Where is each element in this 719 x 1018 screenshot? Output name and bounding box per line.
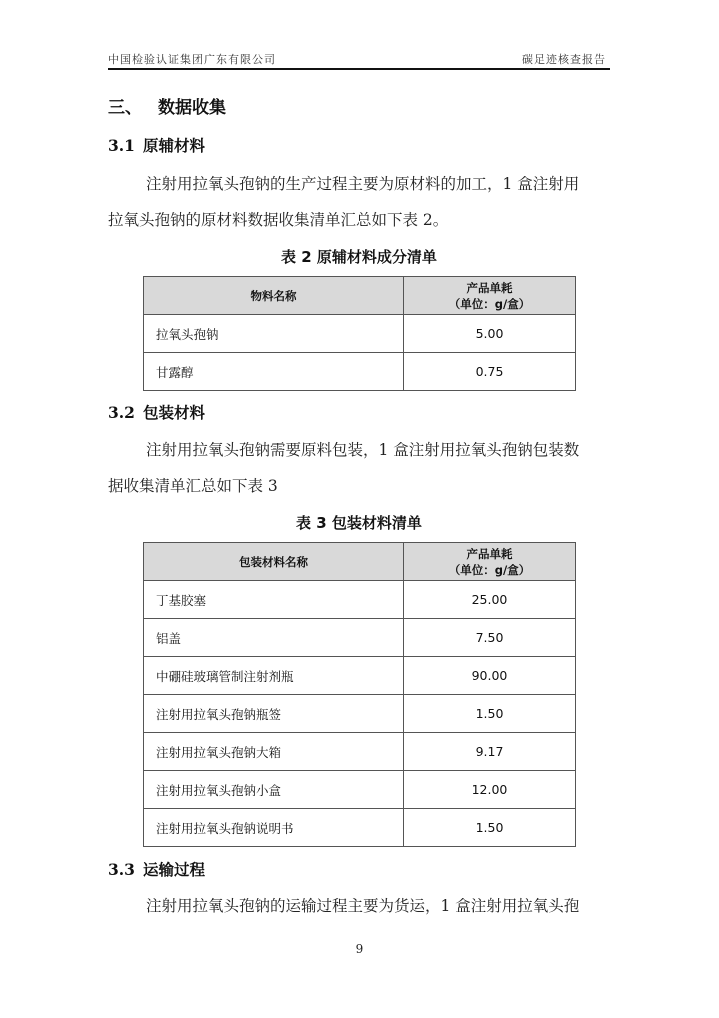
page-header: 中国检验认证集团广东有限公司 碳足迹核查报告	[108, 50, 610, 68]
paragraph-line: 拉氧头孢钠的原材料数据收集清单汇总如下表 2。	[108, 202, 610, 238]
paragraph-line: 注射用拉氧头孢钠的运输过程主要为货运，1 盒注射用拉氧头孢	[108, 888, 610, 924]
subsection-heading-3-2: 3.2包装材料	[108, 401, 205, 423]
column-header-unit-consumption: 产品单耗 （单位：g/盒）	[404, 543, 576, 581]
cell-value: 0.75	[404, 353, 576, 391]
header-organization: 中国检验认证集团广东有限公司	[108, 51, 276, 67]
paragraph-line: 注射用拉氧头孢钠需要原料包装，1 盒注射用拉氧头孢钠包装数	[108, 432, 610, 468]
header-unit: （单位：g/盒）	[449, 563, 530, 577]
paragraph-3-3: 注射用拉氧头孢钠的运输过程主要为货运，1 盒注射用拉氧头孢	[108, 888, 610, 924]
table-row: 注射用拉氧头孢钠说明书 1.50	[144, 809, 576, 847]
cell-name: 注射用拉氧头孢钠小盒	[144, 771, 404, 809]
subsection-number: 3.2	[108, 403, 135, 422]
paragraph-3-1: 注射用拉氧头孢钠的生产过程主要为原材料的加工，1 盒注射用 拉氧头孢钠的原材料数…	[108, 166, 610, 238]
header-rule	[108, 68, 610, 70]
header-line: 产品单耗	[467, 281, 513, 295]
paragraph-line: 据收集清单汇总如下表 3	[108, 468, 610, 504]
column-header-packaging-name: 包装材料名称	[144, 543, 404, 581]
subsection-title: 原辅材料	[143, 137, 205, 155]
table-row: 注射用拉氧头孢钠小盒 12.00	[144, 771, 576, 809]
paragraph-3-2: 注射用拉氧头孢钠需要原料包装，1 盒注射用拉氧头孢钠包装数 据收集清单汇总如下表…	[108, 432, 610, 504]
table-row: 注射用拉氧头孢钠大箱 9.17	[144, 733, 576, 771]
subsection-number: 3.3	[108, 860, 135, 879]
header-report-title: 碳足迹核查报告	[522, 51, 606, 67]
table3-caption: 表 3 包装材料清单	[143, 512, 575, 533]
cell-value: 1.50	[404, 695, 576, 733]
cell-name: 甘露醇	[144, 353, 404, 391]
table-row: 甘露醇 0.75	[144, 353, 576, 391]
cell-value: 5.00	[404, 315, 576, 353]
cell-value: 12.00	[404, 771, 576, 809]
table3-packaging-materials: 包装材料名称 产品单耗 （单位：g/盒） 丁基胶塞 25.00 铝盖 7.50 …	[143, 542, 576, 847]
table-row: 拉氧头孢钠 5.00	[144, 315, 576, 353]
section-number: 三、	[108, 93, 158, 118]
subsection-number: 3.1	[108, 136, 135, 155]
cell-name: 拉氧头孢钠	[144, 315, 404, 353]
table-header-row: 物料名称 产品单耗 （单位：g/盒）	[144, 277, 576, 315]
cell-value: 90.00	[404, 657, 576, 695]
column-header-unit-consumption: 产品单耗 （单位：g/盒）	[404, 277, 576, 315]
table-header-row: 包装材料名称 产品单耗 （单位：g/盒）	[144, 543, 576, 581]
section-title: 数据收集	[158, 98, 226, 118]
cell-name: 注射用拉氧头孢钠说明书	[144, 809, 404, 847]
table-row: 注射用拉氧头孢钠瓶签 1.50	[144, 695, 576, 733]
cell-name: 注射用拉氧头孢钠瓶签	[144, 695, 404, 733]
section-heading: 三、数据收集	[108, 93, 226, 118]
subsection-title: 包装材料	[143, 404, 205, 422]
paragraph-line: 注射用拉氧头孢钠的生产过程主要为原材料的加工，1 盒注射用	[108, 166, 610, 202]
header-unit: （单位：g/盒）	[449, 297, 530, 311]
cell-value: 7.50	[404, 619, 576, 657]
table-row: 丁基胶塞 25.00	[144, 581, 576, 619]
table-row: 中硼硅玻璃管制注射剂瓶 90.00	[144, 657, 576, 695]
subsection-heading-3-3: 3.3运输过程	[108, 858, 205, 880]
cell-value: 9.17	[404, 733, 576, 771]
header-line: 产品单耗	[467, 547, 513, 561]
cell-value: 1.50	[404, 809, 576, 847]
subsection-heading-3-1: 3.1原辅材料	[108, 134, 205, 156]
subsection-title: 运输过程	[143, 861, 205, 879]
table2-raw-materials: 物料名称 产品单耗 （单位：g/盒） 拉氧头孢钠 5.00 甘露醇 0.75	[143, 276, 576, 391]
table-row: 铝盖 7.50	[144, 619, 576, 657]
cell-value: 25.00	[404, 581, 576, 619]
column-header-material-name: 物料名称	[144, 277, 404, 315]
cell-name: 注射用拉氧头孢钠大箱	[144, 733, 404, 771]
cell-name: 铝盖	[144, 619, 404, 657]
cell-name: 中硼硅玻璃管制注射剂瓶	[144, 657, 404, 695]
page-number: 9	[0, 942, 719, 956]
cell-name: 丁基胶塞	[144, 581, 404, 619]
table2-caption: 表 2 原辅材料成分清单	[143, 246, 575, 267]
